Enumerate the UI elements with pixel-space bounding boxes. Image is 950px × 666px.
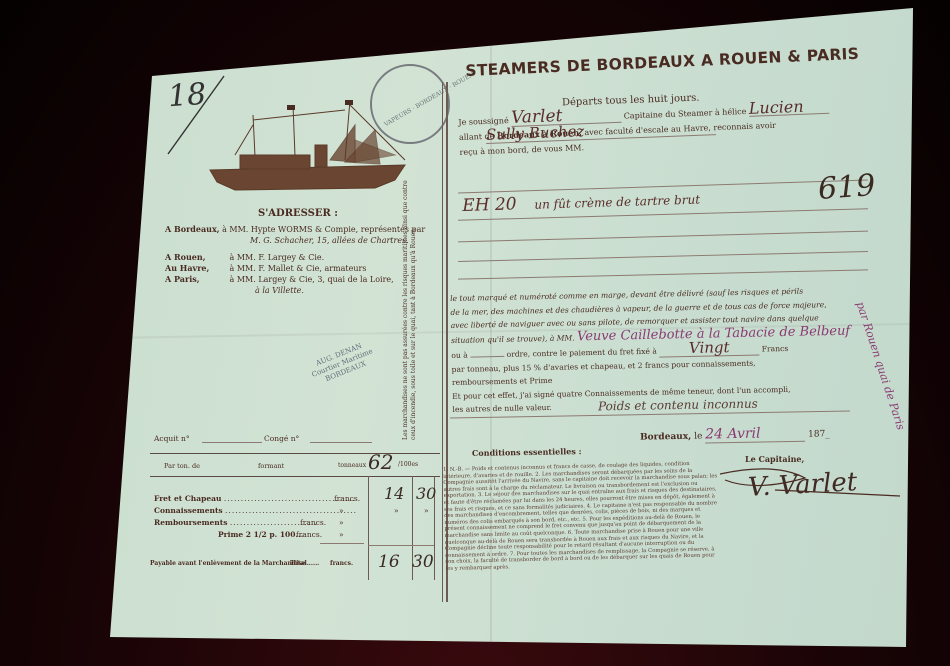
table-row: Connaissements .........................… xyxy=(154,506,444,515)
conditions-text: 1. N.-B. — Poids et contenus inconnus et… xyxy=(443,460,720,572)
cargo-weight: 619 xyxy=(817,168,877,207)
ruled-line xyxy=(458,231,868,243)
address-bordeaux: A Bordeaux, à MM. Hypte WORMS & Compie, … xyxy=(165,224,425,235)
address-rouen: A Rouen, à MM. F. Largey & Cie. xyxy=(165,252,425,263)
table-row: Remboursements .........................… xyxy=(154,518,444,527)
margin-note: par Rouen quai de Paris xyxy=(854,300,908,432)
courtier-stamp: AUG. DENAN Courtier Maritime BORDEAUX xyxy=(307,339,377,388)
handwritten-weight-note: Poids et contenu inconnus xyxy=(598,397,758,414)
cargo-description: un fût crème de tartre brut xyxy=(534,193,700,212)
declaration-block: Je soussigné Varlet Capitaine du Steamer… xyxy=(458,98,830,160)
total-francs: 16 xyxy=(378,552,400,572)
acquit-label: Acquit n° xyxy=(154,434,190,443)
cargo-mark: EH 20 xyxy=(462,194,517,216)
ship-name: Lucien xyxy=(749,98,830,117)
dateline: Bordeaux, le 24 Avril 187_ xyxy=(640,424,830,444)
ruled-line xyxy=(458,251,868,262)
conge-label: Congé n° xyxy=(264,434,299,443)
document-title: STEAMERS DE BORDEAUX A ROUEN & PARIS xyxy=(465,45,859,80)
freight-amount: Vingt xyxy=(659,341,759,358)
date-value: 24 Avril xyxy=(705,425,805,444)
conditions-heading: Conditions essentielles : xyxy=(472,446,582,458)
circular-stamp: VAPEURS · BORDEAUX · ROUEN xyxy=(370,64,450,144)
address-havre: Au Havre, à MM. F. Mallet & Cie, armateu… xyxy=(165,263,425,274)
receipt-table: Acquit n° Congé n° Par ton. de formant t… xyxy=(150,430,440,580)
address-paris: A Paris, à MM. Largey & Cie, 3, quai de … xyxy=(165,274,425,285)
cargo-line: EH 20 un fût crème de tartre brut xyxy=(462,189,700,216)
table-row: Fret et Chapeau ........................… xyxy=(154,494,444,503)
tonnage-value: 62 xyxy=(368,450,393,474)
signature-flourish-icon xyxy=(715,462,905,512)
ruled-line xyxy=(458,269,868,279)
declaration-line-3: reçu à mon bord, de vous MM. Sully Buche… xyxy=(459,131,830,160)
total-centimes: 30 xyxy=(412,552,434,572)
table-total-row: Payable avant l'enlèvement de la Marchan… xyxy=(150,560,440,567)
vertical-insurance-note: Les marchandises ne sont pas assurées co… xyxy=(402,170,418,440)
terms-block: le tout marqué et numéroté comme en marg… xyxy=(450,284,852,417)
bill-of-lading-paper: 18 VAPEURS · BORDEAUX · ROUEN S'ADRESSER… xyxy=(0,0,950,666)
table-row: Prime 2 1/2 p. 100... francs. » xyxy=(218,530,303,539)
address-block: A Bordeaux, à MM. Hypte WORMS & Compie, … xyxy=(165,224,425,296)
address-heading: S'ADRESSER : xyxy=(258,208,338,219)
